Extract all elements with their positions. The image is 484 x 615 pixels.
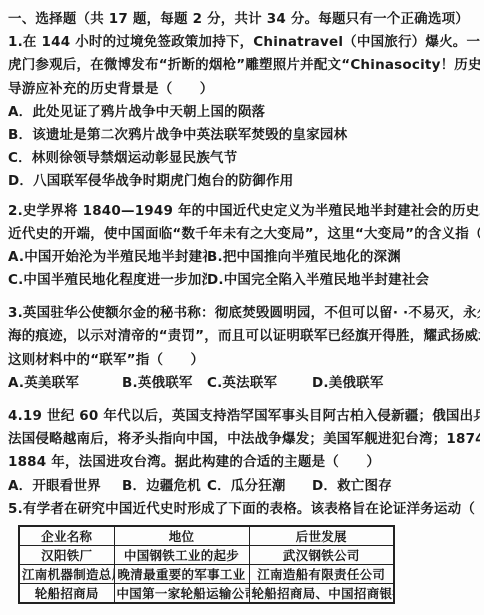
question-4-option-c: C．瓜分狂潮 — [207, 475, 312, 498]
table-header-status: 地位 — [114, 526, 249, 546]
question-2-option-c: C.中国半殖民地化程度进一步加深 — [8, 269, 207, 292]
question-block-4: 4.19 世纪 60 年代以后，英国支持浩罕国军事头目阿古柏入侵新疆；俄国出兵占… — [8, 405, 480, 498]
question-4-option-row: A．开眼看世界 B．边疆危机 C．瓜分狂潮 D．救亡图存 — [8, 475, 480, 498]
question-2-option-b: B.把中国推向半殖民地化的深渊 — [207, 246, 401, 269]
table-cell: 中国第一家轮船运输公司 — [114, 583, 249, 603]
question-3-stem-line-2: 海的痕迹，以示对清帝的“责罚”，而且可以证明联军已经旗开得胜，耀武扬威地占据了北… — [8, 325, 480, 348]
table-cell: 汉阳铁厂 — [19, 545, 114, 564]
table-row: 轮船招商局 中国第一家轮船运输公司 轮船招商局、中国招商银行 — [19, 583, 394, 603]
question-3-option-row: A.英美联军 B.英俄联军 C.英法联军 D.美俄联军 — [8, 372, 480, 395]
question-2-stem-line-2: 近代史的开端，使中国面临“数千年未有之大变局”，这里“大变局”的含义指（ ） — [8, 223, 480, 246]
question-1-stem-line-3: 导游应补充的历史背景是（ ） — [8, 78, 480, 101]
question-2-option-a: A.中国开始沦为半殖民地半封建社会 — [8, 246, 207, 269]
question-4-option-d: D．救亡图存 — [312, 475, 480, 498]
question-block-5: 5.有学者在研究中国近代史时形成了下面的表格。该表格旨在论证洋务运动（ ） 企业… — [8, 498, 480, 604]
question-2-option-d: D.中国完全陷入半殖民地半封建社会 — [207, 269, 429, 292]
question-4-option-a: A．开眼看世界 — [8, 475, 122, 498]
question-4-option-b: B．边疆危机 — [122, 475, 207, 498]
question-1-stem-line-1: 1.在 144 小时的过境免签政策加持下，Chinatravel（中国旅行）爆火… — [8, 31, 480, 54]
question-block-3: 3.英国驻华公使额尔金的秘书称：彻底焚毁圆明园，不但可以留· ·不易灭，永久保存… — [8, 302, 480, 395]
table-row: 汉阳铁厂 中国钢铁工业的起步 武汉钢铁公司 — [19, 545, 394, 564]
question-1-option-a: A．此处见证了鸦片战争中天朝上国的陨落 — [8, 101, 480, 124]
question-1-option-b: B．该遗址是第二次鸦片战争中英法联军焚毁的皇家园林 — [8, 124, 480, 147]
question-4-stem-line-1: 4.19 世纪 60 年代以后，英国支持浩罕国军事头目阿古柏入侵新疆；俄国出兵占… — [8, 405, 480, 428]
table-cell: 江南造船有限责任公司 — [249, 564, 394, 583]
question-5-stem-line-1: 5.有学者在研究中国近代史时形成了下面的表格。该表格旨在论证洋务运动（ ） — [8, 498, 480, 521]
table-cell: 江南机器制造总局 — [19, 564, 114, 583]
question-3-option-b: B.英俄联军 — [122, 372, 207, 395]
section-header: 一、选择题（共 17 题，每题 2 分，共计 34 分。每题只有一个正确选项） — [8, 8, 480, 31]
question-2-option-row-1: A.中国开始沦为半殖民地半封建社会 B.把中国推向半殖民地化的深渊 — [8, 246, 480, 269]
question-2-stem-line-1: 2.史学界将 1840—1949 年的中国近代史定义为半殖民地半封建社会的历史。… — [8, 200, 480, 223]
question-1-option-c: C．林则徐领导禁烟运动彰显民族气节 — [8, 147, 480, 170]
question-3-stem-line-3: 这则材料中的“联军”指（ ） — [8, 349, 480, 372]
table-cell: 中国钢铁工业的起步 — [114, 545, 249, 564]
enterprise-table: 企业名称 地位 后世发展 汉阳铁厂 中国钢铁工业的起步 武汉钢铁公司 江南机器制… — [18, 525, 395, 604]
question-3-stem-line-1: 3.英国驻华公使额尔金的秘书称：彻底焚毁圆明园，不但可以留· ·不易灭，永久保存… — [8, 302, 480, 325]
table-cell: 轮船招商局 — [19, 583, 114, 603]
question-1-stem-line-2: 虎门参观后，在微博发布“折断的烟枪”雕塑照片并配文“Chinasocity！历史… — [8, 54, 480, 77]
exam-page: 一、选择题（共 17 题，每题 2 分，共计 34 分。每题只有一个正确选项） … — [0, 0, 484, 615]
question-block-2: 2.史学界将 1840—1949 年的中国近代史定义为半殖民地半封建社会的历史。… — [8, 200, 480, 293]
question-3-option-a: A.英美联军 — [8, 372, 122, 395]
table-cell: 轮船招商局、中国招商银行 — [249, 583, 394, 603]
table-cell: 武汉钢铁公司 — [249, 545, 394, 564]
table-row: 江南机器制造总局 晚清最重要的军事工业 江南造船有限责任公司 — [19, 564, 394, 583]
question-block-1: 1.在 144 小时的过境免签政策加持下，Chinatravel（中国旅行）爆火… — [8, 31, 480, 193]
question-4-stem-line-3: 1884 年，法国进攻台湾。据此构建的合适的主题是（ ） — [8, 451, 480, 474]
table-header-row: 企业名称 地位 后世发展 — [19, 526, 394, 546]
table-header-enterprise: 企业名称 — [19, 526, 114, 546]
question-3-option-d: D.美俄联军 — [312, 372, 480, 395]
question-1-option-d: D．八国联军侵华战争时期虎门炮台的防御作用 — [8, 170, 480, 193]
question-4-stem-line-2: 法国侵略越南后，将矛头指向中国，中法战争爆发；美国军舰进犯台湾；1874 年，日… — [8, 428, 480, 451]
question-2-option-row-2: C.中国半殖民地化程度进一步加深 D.中国完全陷入半殖民地半封建社会 — [8, 269, 480, 292]
table-cell: 晚清最重要的军事工业 — [114, 564, 249, 583]
question-3-option-c: C.英法联军 — [207, 372, 312, 395]
table-header-later-development: 后世发展 — [249, 526, 394, 546]
